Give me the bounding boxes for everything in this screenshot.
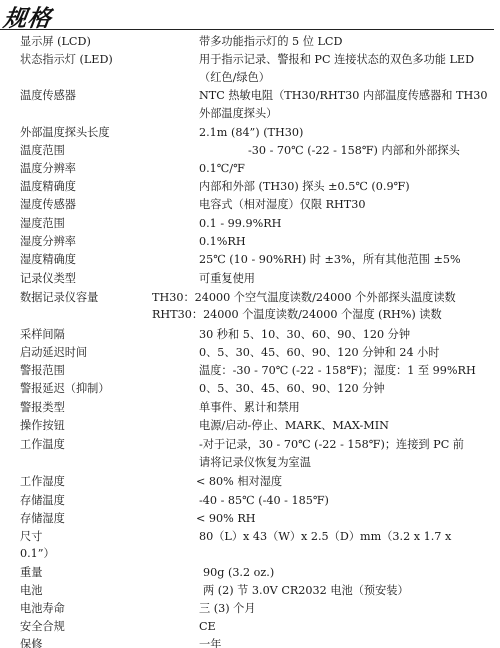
spec-label: 湿度范围	[20, 215, 65, 233]
spec-value: 2.1m (84”) (TH30)	[199, 124, 303, 142]
spec-row-storage-humidity: 存储湿度 < 90% RH	[0, 510, 500, 528]
spec-row-alarm-range: 警报范围 温度：-30 - 70℃ (-22 - 158℉)；湿度：1 至 99…	[0, 362, 500, 380]
spec-value: 可重复使用	[199, 270, 255, 288]
spec-value: 两 (2) 节 3.0V CR2032 电池（预安装）	[203, 582, 409, 600]
spec-table: 显示屏 (LCD) 带多功能指示灯的 5 位 LCD 状态指示灯 (LED) 用…	[0, 33, 500, 648]
spec-label: 记录仪类型	[20, 270, 76, 288]
spec-value: 90g (3.2 oz.)	[203, 564, 274, 582]
spec-label: 外部温度探头长度	[20, 124, 110, 142]
spec-label: 重量	[20, 564, 42, 582]
spec-row-warranty: 保修 一年	[0, 636, 500, 648]
spec-value-cont: 请将记录仪恢复为室温	[199, 454, 311, 472]
spec-value-cont: 外部温度探头）	[199, 105, 277, 123]
spec-value: 25℃ (10 - 90%RH) 时 ±3%，所有其他范围 ±5%	[199, 251, 461, 269]
spec-label: 湿度传感器	[20, 196, 76, 214]
spec-row-alarm-delay: 警报延迟（抑制） 0、5、30、45、60、90、120 分钟	[0, 380, 500, 399]
spec-value: 0、5、30、45、60、90、120 分钟	[199, 380, 385, 398]
spec-label: 湿度分辨率	[20, 233, 76, 251]
spec-label: 电池	[20, 582, 42, 600]
spec-label: 电池寿命	[20, 600, 65, 618]
spec-row-logger-capacity: 数据记录仪容量 TH30：24000 个空气温度读数/24000 个外部探头温度…	[0, 289, 500, 326]
spec-row-operating-temp: 工作温度 -对于记录，30 - 70℃ (-22 - 158℉)；连接到 PC …	[0, 436, 500, 473]
title-divider	[0, 29, 494, 30]
spec-row-dimensions: 尺寸 80（L）x 43（W）x 2.5（D）mm（3.2 x 1.7 x 0.…	[0, 528, 500, 564]
spec-label: 启动延迟时间	[20, 344, 87, 362]
spec-value: 0.1℃/℉	[199, 160, 245, 178]
spec-value: 内部和外部 (TH30) 探头 ±0.5℃ (0.9℉)	[199, 178, 410, 196]
spec-label: 存储湿度	[20, 510, 65, 528]
spec-label: 安全合规	[20, 618, 65, 636]
spec-value-cont: 0.1”）	[20, 545, 55, 563]
spec-value: 电源/启动-停止、MARK、MAX-MIN	[199, 417, 389, 435]
spec-row-safety: 安全合规 CE	[0, 618, 500, 636]
spec-row-alarm-type: 警报类型 单事件、累计和禁用	[0, 399, 500, 417]
spec-row-sample-interval: 采样间隔 30 秒和 5、10、30、60、90、120 分钟	[0, 326, 500, 344]
spec-label: 湿度精确度	[20, 251, 76, 269]
spec-row-humidity-sensor: 湿度传感器 电容式（相对湿度）仅限 RHT30	[0, 196, 500, 215]
spec-row-battery-life: 电池寿命 三 (3) 个月	[0, 600, 500, 618]
spec-value: -30 - 70℃ (-22 - 158℉) 内部和外部探头	[248, 142, 460, 160]
spec-value: -对于记录，30 - 70℃ (-22 - 158℉)；连接到 PC 前	[199, 436, 464, 454]
spec-label: 警报范围	[20, 362, 65, 380]
spec-value: 用于指示记录、警报和 PC 连接状态的双色多功能 LED	[199, 51, 474, 69]
spec-value: 温度：-30 - 70℃ (-22 - 158℉)；湿度：1 至 99%RH	[199, 362, 476, 380]
spec-value: 0.1 - 99.9%RH	[199, 215, 281, 233]
spec-label: 警报类型	[20, 399, 65, 417]
spec-label: 保修	[20, 636, 42, 648]
spec-row-battery: 电池 两 (2) 节 3.0V CR2032 电池（预安装）	[0, 582, 500, 600]
spec-label: 温度精确度	[20, 178, 76, 196]
spec-row-temp-resolution: 温度分辨率 0.1℃/℉	[0, 160, 500, 178]
spec-value: -40 - 85℃ (-40 - 185℉)	[199, 492, 329, 510]
spec-value: NTC 热敏电阻（TH30/RHT30 内部温度传感器和 TH30	[199, 87, 487, 105]
spec-value-cont: （红色/绿色）	[199, 69, 270, 87]
spec-label: 工作湿度	[20, 473, 65, 491]
spec-label: 温度传感器	[20, 87, 76, 105]
spec-label: 操作按钮	[20, 417, 65, 435]
spec-value: 一年	[199, 636, 221, 648]
spec-row-buttons: 操作按钮 电源/启动-停止、MARK、MAX-MIN	[0, 417, 500, 436]
spec-row-storage-temp: 存储温度 -40 - 85℃ (-40 - 185℉)	[0, 492, 500, 510]
spec-row-probe-length: 外部温度探头长度 2.1m (84”) (TH30)	[0, 124, 500, 142]
spec-label: 存储温度	[20, 492, 65, 510]
spec-value-cont: RHT30：24000 个温度读数/24000 个湿度 (RH%) 读数	[152, 306, 442, 324]
spec-label: 警报延迟（抑制）	[20, 380, 110, 398]
spec-row-weight: 重量 90g (3.2 oz.)	[0, 564, 500, 582]
spec-value: < 80% 相对湿度	[196, 473, 282, 491]
spec-value: 0.1%RH	[199, 233, 246, 251]
spec-row-humidity-accuracy: 湿度精确度 25℃ (10 - 90%RH) 时 ±3%，所有其他范围 ±5%	[0, 251, 500, 270]
spec-value: 带多功能指示灯的 5 位 LCD	[199, 33, 342, 51]
spec-label: 温度分辨率	[20, 160, 76, 178]
spec-value: CE	[199, 618, 216, 636]
spec-value: 80（L）x 43（W）x 2.5（D）mm（3.2 x 1.7 x	[199, 528, 451, 546]
spec-value: 30 秒和 5、10、30、60、90、120 分钟	[199, 326, 410, 344]
spec-label: 采样间隔	[20, 326, 65, 344]
spec-value: 0、5、30、45、60、90、120 分钟和 24 小时	[199, 344, 440, 362]
spec-row-temp-sensor: 温度传感器 NTC 热敏电阻（TH30/RHT30 内部温度传感器和 TH30 …	[0, 87, 500, 124]
spec-row-start-delay: 启动延迟时间 0、5、30、45、60、90、120 分钟和 24 小时	[0, 344, 500, 362]
spec-label: 尺寸	[20, 528, 42, 546]
spec-row-operating-humidity: 工作湿度 < 80% 相对湿度	[0, 473, 500, 492]
spec-row-temp-accuracy: 温度精确度 内部和外部 (TH30) 探头 ±0.5℃ (0.9℉)	[0, 178, 500, 196]
spec-value: 单事件、累计和禁用	[199, 399, 300, 417]
spec-label: 状态指示灯 (LED)	[20, 51, 113, 69]
spec-row-status-led: 状态指示灯 (LED) 用于指示记录、警报和 PC 连接状态的双色多功能 LED…	[0, 51, 500, 87]
spec-row-display: 显示屏 (LCD) 带多功能指示灯的 5 位 LCD	[0, 33, 500, 51]
spec-label: 工作温度	[20, 436, 65, 454]
spec-label: 温度范围	[20, 142, 65, 160]
spec-row-humidity-range: 湿度范围 0.1 - 99.9%RH	[0, 215, 500, 233]
spec-label: 显示屏 (LCD)	[20, 33, 91, 51]
spec-value: 三 (3) 个月	[199, 600, 256, 618]
spec-label: 数据记录仪容量	[20, 289, 98, 307]
spec-row-logger-type: 记录仪类型 可重复使用	[0, 270, 500, 289]
spec-value: < 90% RH	[196, 510, 256, 528]
spec-row-humidity-resolution: 湿度分辨率 0.1%RH	[0, 233, 500, 251]
spec-value: TH30：24000 个空气温度读数/24000 个外部探头温度读数	[152, 289, 456, 307]
spec-row-temp-range: 温度范围 -30 - 70℃ (-22 - 158℉) 内部和外部探头	[0, 142, 500, 160]
spec-value: 电容式（相对湿度）仅限 RHT30	[199, 196, 366, 214]
